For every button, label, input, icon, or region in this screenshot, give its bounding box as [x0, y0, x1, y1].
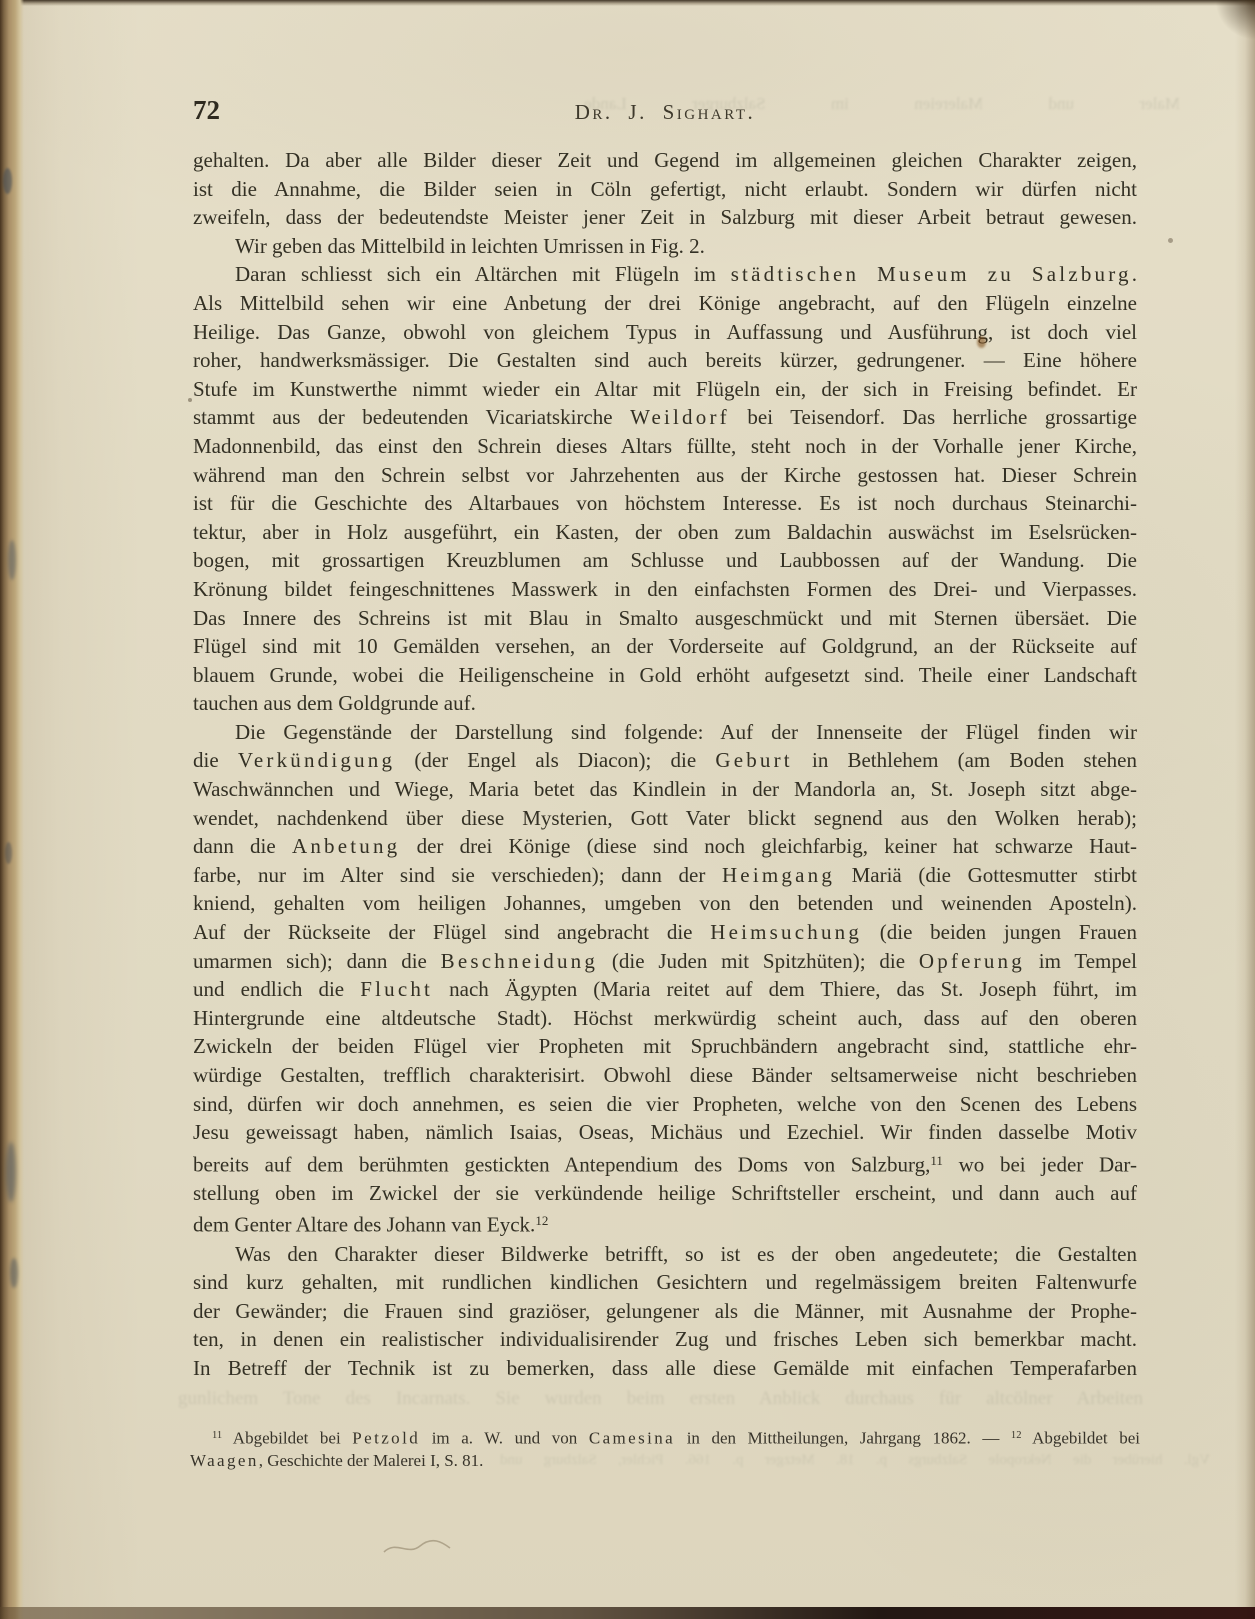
text-segment: stellung oben im Zwickel der sie verkünd…: [193, 1181, 1137, 1205]
emphasized-segment: Opferung: [919, 949, 1025, 973]
emphasized-segment: Geburt: [715, 748, 793, 772]
body-line: gehalten. Da aber alle Bilder dieser Zei…: [193, 146, 1137, 175]
body-line: Hintergrunde eine altdeutsche Stadt). Hö…: [193, 1004, 1137, 1033]
body-line: dem Genter Altare des Johann van Eyck.12: [193, 1207, 1137, 1239]
body-line: Wir geben das Mittelbild in leichten Umr…: [193, 232, 1137, 261]
body-line: Madonnenbild, das einst den Schrein dies…: [193, 432, 1137, 461]
body-line: Flügel sind mit 10 Gemälden versehen, an…: [193, 632, 1137, 661]
emphasized-segment: Petzold: [352, 1428, 420, 1447]
body-line: bereits auf dem berühmten gestickten Ant…: [193, 1147, 1137, 1179]
body-line: stammt aus der bedeutenden Vicariatskirc…: [193, 403, 1137, 432]
body-line: Was den Charakter dieser Bildwerke betri…: [193, 1240, 1137, 1269]
text-segment: tektur, aber in Holz ausgeführt, ein Kas…: [193, 520, 1137, 544]
ink-speck: [3, 168, 12, 194]
body-line: wendet, nachdenkend über diese Mysterien…: [193, 804, 1137, 833]
fiber-mark: [382, 1536, 452, 1558]
text-segment: der Gewänder; die Frauen sind graziöser,…: [193, 1299, 1137, 1323]
body-line: Das Innere des Schreins ist mit Blau in …: [193, 604, 1137, 633]
text-segment: dem Genter Altare des Johann van Eyck.: [193, 1213, 535, 1237]
body-line: die Verkündigung (der Engel als Diacon);…: [193, 746, 1137, 775]
text-segment: Auf der Rückseite der Flügel sind angebr…: [193, 920, 710, 944]
body-line: bogen, mit grossartigen Kreuzblumen am S…: [193, 546, 1137, 575]
text-segment: ist für die Geschichte des Altarbaues vo…: [193, 491, 1137, 515]
text-segment: In Betreff der Technik ist zu bemerken, …: [193, 1356, 1137, 1380]
footnote-marker: 11: [930, 1153, 943, 1168]
ink-speck: [8, 540, 16, 580]
text-segment: wo bei jeder Dar-: [943, 1152, 1137, 1176]
text-segment: , Geschichte der Malerei I, S. 81.: [259, 1451, 484, 1470]
body-line: der Gewänder; die Frauen sind graziöser,…: [193, 1297, 1137, 1326]
text-segment: kniend, gehalten vom heiligen Johannes, …: [193, 891, 1137, 915]
text-segment: Madonnenbild, das einst den Schrein dies…: [193, 434, 1137, 458]
text-segment: gehalten. Da aber alle Bilder dieser Zei…: [193, 148, 1137, 172]
text-segment: blauem Grunde, wobei die Heiligenscheine…: [193, 663, 1137, 687]
ink-speck: [430, 590, 434, 594]
text-segment: Jesu geweissagt haben, nämlich Isaias, O…: [193, 1120, 1137, 1144]
page-edge-bottom: [0, 1607, 1255, 1619]
text-segment: bereits auf dem berühmten gestickten Ant…: [193, 1152, 930, 1176]
text-segment: (die Juden mit Spitzhüten); die: [598, 949, 919, 973]
text-segment: umarmen sich); dann die: [193, 949, 441, 973]
ink-speck: [5, 842, 12, 864]
body-line: kniend, gehalten vom heiligen Johannes, …: [193, 889, 1137, 918]
text-segment: wendet, nachdenkend über diese Mysterien…: [193, 806, 1137, 830]
text-segment: Wir geben das Mittelbild in leichten Umr…: [235, 234, 705, 258]
emphasized-segment: Heimsuchung: [710, 920, 862, 944]
emphasized-segment: Waagen: [190, 1451, 259, 1470]
body-text: gehalten. Da aber alle Bilder dieser Zei…: [193, 146, 1137, 1383]
text-segment: farbe, nur im Alter sind sie verschieden…: [193, 863, 722, 887]
text-segment: zweifeln, dass der bedeutendste Meister …: [193, 205, 1137, 229]
text-segment: tauchen aus dem Goldgrunde auf.: [193, 691, 476, 715]
stain-mark: [977, 336, 986, 348]
body-line: dann die Anbetung der drei Könige (diese…: [193, 832, 1137, 861]
footnote-line: Waagen, Geschichte der Malerei I, S. 81.: [190, 1449, 1140, 1472]
text-segment: während man den Schrein selbst vor Jahrz…: [193, 463, 1137, 487]
text-segment: die: [193, 748, 238, 772]
text-segment: Krönung bildet feingeschnittenes Masswer…: [193, 577, 1137, 601]
text-segment: im a. W. und von: [420, 1428, 589, 1447]
text-segment: Als Mittelbild sehen wir eine Anbetung d…: [193, 291, 1137, 315]
body-line: sind, dürfen wir doch annehmen, es seien…: [193, 1090, 1137, 1119]
text-segment: (die beiden jungen Frauen: [862, 920, 1137, 944]
text-segment: Stufe im Kunstwerthe nimmt wieder ein Al…: [193, 377, 1137, 401]
text-segment: .: [1132, 262, 1137, 286]
text-segment: und endlich die: [193, 977, 360, 1001]
text-segment: (der Engel als Diacon); die: [395, 748, 715, 772]
footnote-marker: 12: [535, 1213, 548, 1228]
text-segment: im Tempel: [1025, 949, 1137, 973]
emphasized-segment: Flucht: [360, 977, 433, 1001]
text-segment: würdige Gestalten, trefflich charakteris…: [193, 1063, 1137, 1087]
text-segment: Hintergrunde eine altdeutsche Stadt). Hö…: [193, 1006, 1137, 1030]
body-line: Daran schliesst sich ein Altärchen mit F…: [193, 260, 1137, 289]
emphasized-segment: Beschneidung: [441, 949, 598, 973]
text-segment: ist die Annahme, die Bilder seien in Cöl…: [193, 177, 1137, 201]
text-segment: Abgebildet bei: [222, 1428, 352, 1447]
footnote-line: 11 Abgebildet bei Petzold im a. W. und v…: [190, 1424, 1140, 1449]
body-line: Auf der Rückseite der Flügel sind angebr…: [193, 918, 1137, 947]
text-segment: Mariä (die Gottesmutter stirbt: [835, 863, 1137, 887]
text-segment: Waschwännchen und Wiege, Maria betet das…: [193, 777, 1137, 801]
text-segment: sind, dürfen wir doch annehmen, es seien…: [193, 1092, 1137, 1116]
text-segment: roher, handwerksmässiger. Die Gestalten …: [193, 348, 1137, 372]
book-page: Maler und Malereien im Salzburger Lande.…: [0, 0, 1255, 1619]
page-edge-top: [0, 0, 1255, 6]
emphasized-segment: Weildorf: [630, 405, 730, 429]
body-line: sind kurz gehalten, mit rundlichen kindl…: [193, 1268, 1137, 1297]
footnote-marker: 11: [212, 1430, 222, 1441]
ink-speck: [188, 398, 192, 402]
text-segment: stammt aus der bedeutenden Vicariatskirc…: [193, 405, 630, 429]
footnotes: 11 Abgebildet bei Petzold im a. W. und v…: [190, 1424, 1140, 1472]
body-line: ten, in denen ein realistischer individu…: [193, 1325, 1137, 1354]
ink-speck: [6, 1142, 16, 1202]
body-line: Krönung bildet feingeschnittenes Masswer…: [193, 575, 1137, 604]
text-segment: bei Teisendorf. Das herrliche grossartig…: [730, 405, 1137, 429]
body-line: zweifeln, dass der bedeutendste Meister …: [193, 203, 1137, 232]
body-line: und endlich die Flucht nach Ägypten (Mar…: [193, 975, 1137, 1004]
running-title: Dr. J. Sighart.: [193, 100, 1137, 125]
text-segment: Zwickeln der beiden Flügel vier Prophete…: [193, 1034, 1137, 1058]
body-line: stellung oben im Zwickel der sie verkünd…: [193, 1179, 1137, 1208]
page-edge-right: [1235, 0, 1255, 1619]
body-line: Waschwännchen und Wiege, Maria betet das…: [193, 775, 1137, 804]
body-line: während man den Schrein selbst vor Jahrz…: [193, 461, 1137, 490]
emphasized-segment: städtischen Museum zu Salzburg: [731, 262, 1132, 286]
body-line: Jesu geweissagt haben, nämlich Isaias, O…: [193, 1118, 1137, 1147]
body-line: tektur, aber in Holz ausgeführt, ein Kas…: [193, 518, 1137, 547]
text-segment: dann die: [193, 834, 292, 858]
emphasized-segment: Anbetung: [292, 834, 400, 858]
text-segment: nach Ägypten (Maria reitet auf dem Thier…: [433, 977, 1137, 1001]
emphasized-segment: Camesina: [589, 1428, 675, 1447]
text-segment: der drei Könige (diese sind noch gleichf…: [400, 834, 1137, 858]
body-line: Als Mittelbild sehen wir eine Anbetung d…: [193, 289, 1137, 318]
emphasized-segment: Verkündigung: [238, 748, 395, 772]
body-line: würdige Gestalten, trefflich charakteris…: [193, 1061, 1137, 1090]
body-line: ist für die Geschichte des Altarbaues vo…: [193, 489, 1137, 518]
text-segment: sind kurz gehalten, mit rundlichen kindl…: [193, 1270, 1137, 1294]
text-segment: Die Gegenstände der Darstellung sind fol…: [235, 720, 1137, 744]
text-segment: Flügel sind mit 10 Gemälden versehen, an…: [193, 634, 1137, 658]
body-line: roher, handwerksmässiger. Die Gestalten …: [193, 346, 1137, 375]
ink-speck: [1168, 238, 1173, 243]
body-line: umarmen sich); dann die Beschneidung (di…: [193, 947, 1137, 976]
text-segment: Heilige. Das Ganze, obwohl von gleichem …: [193, 320, 1137, 344]
bleedthrough-text: gunlichem Tone des Incarnats. Sie wurden…: [178, 1388, 1143, 1410]
text-segment: ten, in denen ein realistischer individu…: [193, 1327, 1137, 1351]
body-line: Stufe im Kunstwerthe nimmt wieder ein Al…: [193, 375, 1137, 404]
text-segment: Daran schliesst sich ein Altärchen mit F…: [235, 262, 731, 286]
text-segment: Das Innere des Schreins ist mit Blau in …: [193, 606, 1137, 630]
text-segment: in Bethlehem (am Boden stehen: [793, 748, 1137, 772]
body-line: In Betreff der Technik ist zu bemerken, …: [193, 1354, 1137, 1383]
page-edge-left: [0, 0, 24, 1619]
text-segment: Was den Charakter dieser Bildwerke betri…: [235, 1242, 1137, 1266]
body-line: Heilige. Das Ganze, obwohl von gleichem …: [193, 318, 1137, 347]
body-line: blauem Grunde, wobei die Heiligenscheine…: [193, 661, 1137, 690]
text-segment: in den Mittheilungen, Jahrgang 1862. —: [675, 1428, 1011, 1447]
body-line: Die Gegenstände der Darstellung sind fol…: [193, 718, 1137, 747]
body-line: Zwickeln der beiden Flügel vier Prophete…: [193, 1032, 1137, 1061]
text-segment: bogen, mit grossartigen Kreuzblumen am S…: [193, 548, 1137, 572]
footnote-marker: 12: [1011, 1430, 1022, 1441]
body-line: tauchen aus dem Goldgrunde auf.: [193, 689, 1137, 718]
text-segment: Abgebildet bei: [1021, 1428, 1140, 1447]
ink-speck: [10, 1258, 18, 1288]
body-line: farbe, nur im Alter sind sie verschieden…: [193, 861, 1137, 890]
emphasized-segment: Heimgang: [722, 863, 835, 887]
body-line: ist die Annahme, die Bilder seien in Cöl…: [193, 175, 1137, 204]
page-corner-shadow: [1215, 0, 1255, 40]
